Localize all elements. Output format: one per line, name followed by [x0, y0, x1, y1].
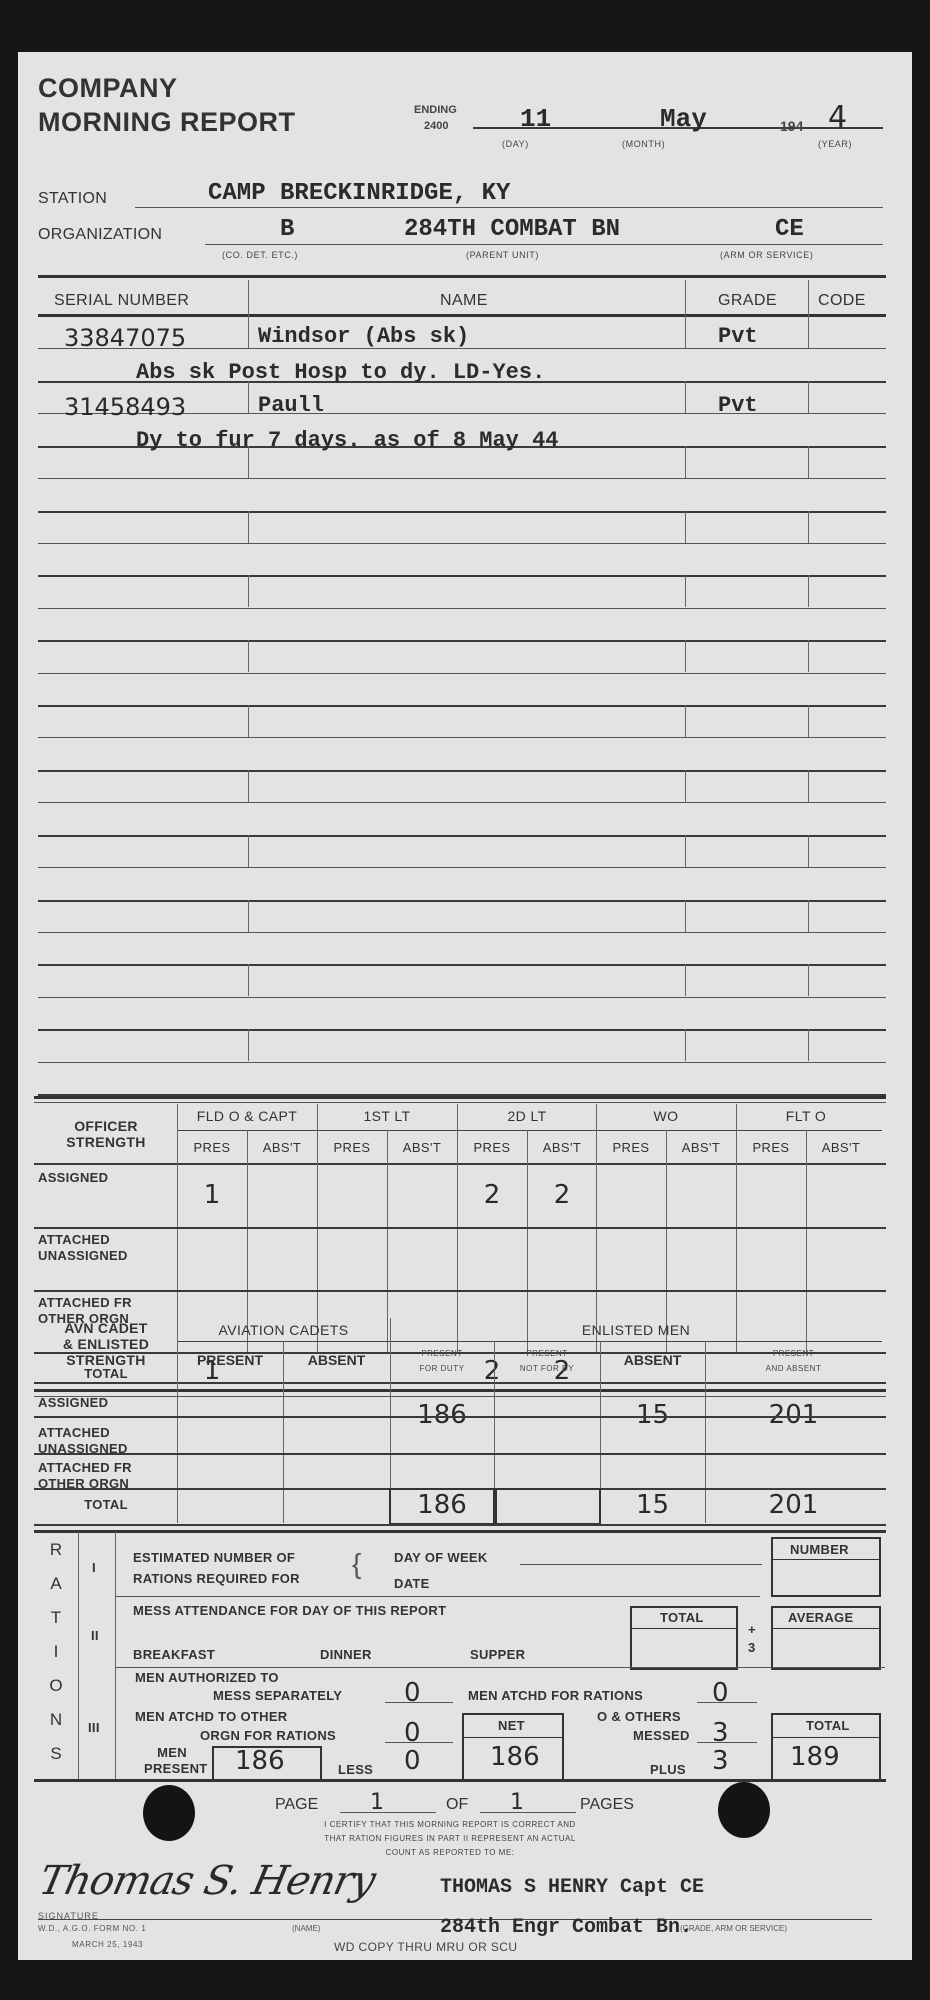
- strength-top-rule: [34, 1096, 886, 1099]
- roster-col-divider: [685, 381, 686, 413]
- roster-rule: [38, 1029, 886, 1031]
- report-day: 11: [520, 104, 551, 134]
- enlisted-col-divider: [283, 1341, 284, 1523]
- roster-col-divider: [808, 381, 809, 413]
- roster-rule: [38, 543, 886, 544]
- net-value: 186: [490, 1742, 540, 1772]
- row-label-line1: ASSIGNED: [38, 1395, 108, 1411]
- entry-2-grade: Pvt: [718, 393, 758, 418]
- part-1-bottom-rule: [115, 1596, 760, 1597]
- enlisted-subcol-text: PRESENT: [494, 1346, 600, 1361]
- year-label: (YEAR): [818, 139, 852, 149]
- rations-top-rule: [34, 1530, 886, 1533]
- officer-cell: 2: [527, 1180, 597, 1210]
- part-1-numeral: I: [92, 1560, 96, 1576]
- roster-col-divider: [808, 446, 809, 478]
- men-present-label: MEN PRESENT: [144, 1745, 200, 1777]
- roster-col-divider: [685, 446, 686, 478]
- officer-subcol: ABS'T: [247, 1140, 317, 1155]
- roster-header-divider: [248, 280, 249, 316]
- form-title-morning-report: MORNING REPORT: [38, 106, 296, 138]
- roster-header-divider: [808, 280, 809, 316]
- enlisted-subcol: PRESENT: [177, 1352, 283, 1368]
- enlisted-label-line: & ENLISTED: [38, 1336, 174, 1352]
- roster-col-divider: [248, 835, 249, 867]
- organization-parent-unit: 284TH COMBAT BN: [404, 216, 620, 243]
- col-grade: GRADE: [718, 292, 777, 310]
- day-of-week-label: DAY OF WEEK: [394, 1550, 488, 1566]
- officer-col-divider: [387, 1130, 388, 1352]
- punch-hole-left: [143, 1785, 195, 1841]
- entry-2-remark: Dy to fur 7 days. as of 8 May 44: [136, 428, 558, 453]
- roster-col-divider: [248, 640, 249, 672]
- roster-rule: [38, 640, 886, 642]
- entry-2-name: Paull: [258, 393, 324, 418]
- rations-letter: N: [46, 1710, 66, 1730]
- enlisted-subcol-text: PRESENT: [177, 1352, 283, 1368]
- roster-col-divider: [808, 511, 809, 543]
- roster-col-divider: [685, 705, 686, 737]
- rations-total-rule: [773, 1737, 879, 1738]
- roster-col-divider: [685, 770, 686, 802]
- roster-rule: [38, 932, 886, 933]
- officer-col-divider: [247, 1130, 248, 1352]
- roster-col-divider: [248, 1029, 249, 1061]
- roster-col-divider: [685, 640, 686, 672]
- enlisted-bottom-rule: [34, 1524, 886, 1526]
- form-number: W.D., A.G.O. FORM NO. 1: [38, 1924, 146, 1933]
- year-prefix: 194: [780, 118, 803, 134]
- enlisted-cell: 186: [390, 1400, 494, 1430]
- page-line: [340, 1812, 436, 1813]
- part-1-brace: {: [352, 1548, 361, 1580]
- entry-1-grade: Pvt: [718, 324, 758, 349]
- officer-cell: 1: [177, 1180, 247, 1210]
- auth-line2: MESS SEPARATELY: [213, 1688, 342, 1704]
- enlisted-cell: 15: [600, 1490, 705, 1520]
- o-others-value: 3: [712, 1718, 729, 1748]
- officer-header-rule: [34, 1163, 886, 1165]
- men-present-value: 186: [235, 1746, 285, 1776]
- roster-col-divider: [685, 316, 686, 348]
- total-present-for-duty-box: [389, 1488, 497, 1525]
- commander-signature: Thomas S. Henry: [35, 1858, 379, 1904]
- roster-col-divider: [808, 575, 809, 607]
- roster-rule: [38, 608, 886, 609]
- typed-name-grade: THOMAS S HENRY Capt CE: [440, 1876, 704, 1899]
- roster-rule: [38, 478, 886, 479]
- roster-col-divider: [248, 964, 249, 996]
- row-label-line1: ATTACHED: [38, 1232, 128, 1248]
- part-1-line1: ESTIMATED NUMBER OF: [133, 1550, 295, 1566]
- enlisted-strength-label: AVN CADET& ENLISTEDSTRENGTH: [38, 1320, 174, 1368]
- divide-by-3: 3: [748, 1640, 756, 1656]
- officer-group-4: FLT O: [736, 1108, 876, 1124]
- average-label: AVERAGE: [788, 1610, 853, 1626]
- number-label: NUMBER: [790, 1542, 849, 1558]
- month-label: (MONTH): [622, 139, 665, 149]
- of-value: 1: [510, 1790, 524, 1815]
- roster-col-divider: [808, 1029, 809, 1061]
- part-2-line1: MESS ATTENDANCE FOR DAY OF THIS REPORT: [133, 1603, 446, 1619]
- organization-label: ORGANIZATION: [38, 226, 162, 244]
- roster-rule: [38, 1062, 886, 1063]
- enlisted-subcol: PRESENTFOR DUTY: [390, 1346, 494, 1376]
- officer-subcol: PRES: [596, 1140, 666, 1155]
- roster-rule: [38, 835, 886, 837]
- roster-col-divider: [248, 381, 249, 413]
- col-name: NAME: [440, 292, 488, 310]
- col-code: CODE: [818, 292, 866, 310]
- roster-rule: [38, 964, 886, 966]
- auth-line1: MEN AUTHORIZED TO: [135, 1670, 279, 1686]
- officer-bottom-rule-thin: [34, 1396, 886, 1397]
- roster-header-divider: [685, 280, 686, 316]
- officer-strength-label: OFFICER STRENGTH: [56, 1118, 156, 1150]
- signature-label: SIGNATURE: [38, 1911, 99, 1921]
- row-label-line1: ATTACHED: [38, 1425, 128, 1441]
- enlisted-subcol: PRESENTAND ABSENT: [705, 1346, 882, 1376]
- rations-letter: T: [46, 1608, 66, 1628]
- atchd-rations-value: 0: [712, 1678, 729, 1708]
- roster-header-rule: [38, 314, 886, 317]
- dinner-label: DINNER: [320, 1647, 372, 1663]
- roster-col-divider: [685, 964, 686, 996]
- roster-col-divider: [248, 770, 249, 802]
- entry-2-serial: 31458493: [64, 393, 186, 421]
- mess-total-label: TOTAL: [660, 1610, 704, 1626]
- entry-1-remark: Abs sk Post Hosp to dy. LD-Yes.: [136, 360, 545, 385]
- roster-col-divider: [808, 770, 809, 802]
- officer-subcol: PRES: [736, 1140, 806, 1155]
- part-3-numeral: III: [88, 1720, 100, 1736]
- roster-top-rule: [38, 275, 886, 278]
- total-present-not-for-duty-box: [493, 1488, 601, 1525]
- company-label: (CO. DET. ETC.): [222, 250, 298, 260]
- supper-label: SUPPER: [470, 1647, 525, 1663]
- part-2-numeral: II: [91, 1628, 99, 1644]
- enlisted-subcol: PRESENTNOT FOR DY: [494, 1346, 600, 1376]
- officer-group-2: 2D LT: [457, 1108, 597, 1124]
- officer-subcol: ABS'T: [527, 1140, 597, 1155]
- page-label: PAGE: [275, 1796, 318, 1814]
- enlisted-cell: 15: [600, 1400, 705, 1430]
- roster-rule: [38, 802, 886, 803]
- col-serial-number: SERIAL NUMBER: [54, 292, 189, 310]
- row-label-line1: TOTAL: [38, 1366, 174, 1382]
- officer-row-rule: [34, 1290, 886, 1292]
- mess-total-rule: [632, 1628, 736, 1629]
- rations-letter: I: [46, 1642, 66, 1662]
- rations-letter: S: [46, 1744, 66, 1764]
- enlisted-subcol-text: PRESENT: [390, 1346, 494, 1361]
- o-others-line2: MESSED: [633, 1728, 690, 1744]
- atchd-rations-label: MEN ATCHD FOR RATIONS: [468, 1688, 643, 1704]
- officer-subcol: ABS'T: [387, 1140, 457, 1155]
- rations-divider-2: [115, 1532, 116, 1780]
- roster-rule: [38, 770, 886, 772]
- rations-letter: R: [46, 1540, 66, 1560]
- day-label: (DAY): [502, 139, 529, 149]
- roster-rule: [38, 997, 886, 998]
- enlisted-row-rule: [34, 1416, 886, 1418]
- roster-col-divider: [685, 511, 686, 543]
- roster-col-divider: [248, 900, 249, 932]
- roster-col-divider: [808, 640, 809, 672]
- officer-subcol: PRES: [457, 1140, 527, 1155]
- officer-col-divider: [527, 1130, 528, 1352]
- officer-subcol: PRES: [177, 1140, 247, 1155]
- plus-sign: +: [748, 1622, 756, 1638]
- officer-subcol: ABS'T: [666, 1140, 736, 1155]
- average-rule: [773, 1628, 879, 1629]
- enlisted-subcol-text: ABSENT: [600, 1352, 705, 1368]
- enlisted-row-label: ASSIGNED: [38, 1395, 108, 1411]
- enlisted-subcol-text: FOR DUTY: [390, 1361, 494, 1376]
- date-label: DATE: [394, 1576, 430, 1592]
- entry-1-serial: 33847075: [64, 324, 186, 352]
- rations-total-value: 189: [790, 1742, 840, 1772]
- officer-cell: 2: [457, 1180, 527, 1210]
- net-rule: [464, 1737, 562, 1738]
- enlisted-subcol: ABSENT: [283, 1352, 390, 1368]
- men-present-line1: MEN: [144, 1745, 200, 1761]
- roster-rule: [38, 737, 886, 738]
- plus-value: 3: [712, 1746, 729, 1776]
- less-value: 0: [404, 1746, 421, 1776]
- ending-label: ENDING: [414, 104, 457, 116]
- other-line2: ORGN FOR RATIONS: [200, 1728, 336, 1744]
- roster-col-divider: [685, 1029, 686, 1061]
- row-label-line1: ASSIGNED: [38, 1170, 108, 1186]
- enlisted-label-line: STRENGTH: [38, 1352, 174, 1368]
- enlisted-row-rule: [34, 1453, 886, 1455]
- officer-row-label: ATTACHEDUNASSIGNED: [38, 1232, 128, 1264]
- roster-col-divider: [248, 316, 249, 348]
- roster-rule: [38, 900, 886, 902]
- routing-note: WD COPY THRU MRU OR SCU: [334, 1940, 517, 1954]
- organization-company: B: [280, 216, 294, 243]
- enlisted-cell: 201: [705, 1490, 882, 1520]
- roster-col-divider: [685, 575, 686, 607]
- organization-arm: CE: [775, 216, 804, 243]
- part-1-line2: RATIONS REQUIRED FOR: [133, 1571, 300, 1587]
- cert-line2: THAT RATION FIGURES IN PART II REPRESENT…: [240, 1832, 660, 1846]
- entry-1-name: Windsor (Abs sk): [258, 324, 469, 349]
- certification-text: I CERTIFY THAT THIS MORNING REPORT IS CO…: [240, 1818, 660, 1860]
- enlisted-subcol: ABSENT: [600, 1352, 705, 1368]
- parent-unit-label: (PARENT UNIT): [466, 250, 539, 260]
- report-month: May: [660, 104, 707, 134]
- roster-col-divider: [248, 705, 249, 737]
- rations-letter: O: [46, 1676, 66, 1696]
- enlisted-subcol-text: PRESENT: [705, 1346, 882, 1361]
- roster-rule: [38, 575, 886, 577]
- roster-col-divider: [685, 835, 686, 867]
- form-title-company: COMPANY: [38, 72, 178, 104]
- name-label: (NAME): [292, 1924, 320, 1933]
- roster-col-divider: [248, 511, 249, 543]
- officer-group-1: 1ST LT: [317, 1108, 457, 1124]
- roster-col-divider: [808, 705, 809, 737]
- plus-label: PLUS: [650, 1762, 686, 1778]
- station-value: CAMP BRECKINRIDGE, KY: [208, 180, 510, 207]
- enlisted-header-rule: [34, 1382, 886, 1384]
- roster-rule: [38, 867, 886, 868]
- grade-label: (GRADE, ARM OR SERVICE): [680, 1924, 787, 1933]
- rations-letter: A: [46, 1574, 66, 1594]
- officer-bottom-rule: [34, 1389, 886, 1392]
- officer-strength-line2: STRENGTH: [56, 1134, 156, 1150]
- day-of-week-line: [520, 1564, 762, 1565]
- o-others-line1: O & OTHERS: [597, 1709, 681, 1725]
- officer-group-rule: [177, 1130, 882, 1131]
- officer-group-3: WO: [596, 1108, 736, 1124]
- auth-value: 0: [404, 1678, 421, 1708]
- men-present-line2: PRESENT: [144, 1761, 200, 1777]
- officer-group-0: FLD O & CAPT: [177, 1108, 317, 1124]
- enlisted-subcol-text: AND ABSENT: [705, 1361, 882, 1376]
- row-label-line2: UNASSIGNED: [38, 1248, 128, 1264]
- rations-bottom-rule: [34, 1779, 886, 1782]
- number-box-rule: [773, 1559, 879, 1560]
- station-line: [135, 207, 883, 208]
- station-label: STATION: [38, 190, 107, 208]
- officer-col-divider: [666, 1130, 667, 1352]
- roster-col-divider: [685, 900, 686, 932]
- row-label-line1: TOTAL: [38, 1497, 174, 1513]
- officer-col-divider: [806, 1130, 807, 1352]
- rations-divider-1: [78, 1532, 79, 1780]
- roster-col-divider: [248, 575, 249, 607]
- roster-col-divider: [808, 835, 809, 867]
- officer-strength-line1: OFFICER: [56, 1118, 156, 1134]
- less-label: LESS: [338, 1762, 373, 1778]
- officer-subcol: PRES: [317, 1140, 387, 1155]
- roster-rule: [38, 673, 886, 674]
- other-value: 0: [404, 1718, 421, 1748]
- enlisted-cell: 201: [705, 1400, 882, 1430]
- report-year-digit: 4: [828, 100, 847, 135]
- form-date: MARCH 25, 1943: [72, 1940, 143, 1949]
- cert-line1: I CERTIFY THAT THIS MORNING REPORT IS CO…: [240, 1818, 660, 1832]
- officer-row-rule: [34, 1227, 886, 1229]
- roster-col-divider: [808, 964, 809, 996]
- row-label-line1: ATTACHED FR: [38, 1295, 132, 1311]
- enlisted-subcol-text: NOT FOR DY: [494, 1361, 600, 1376]
- pages-label: PAGES: [580, 1796, 634, 1814]
- roster-col-divider: [808, 316, 809, 348]
- aviation-cadets-header: AVIATION CADETS: [177, 1322, 390, 1338]
- part-2-bottom-rule: [115, 1667, 885, 1668]
- breakfast-label: BREAKFAST: [133, 1647, 215, 1663]
- enlisted-row-label: TOTAL: [38, 1497, 174, 1513]
- arm-label: (ARM OR SERVICE): [720, 250, 813, 260]
- other-line1: MEN ATCHD TO OTHER: [135, 1709, 288, 1725]
- row-label-line1: ATTACHED FR: [38, 1460, 132, 1476]
- officer-row-label: ASSIGNED: [38, 1170, 108, 1186]
- of-line: [480, 1812, 576, 1813]
- rations-total-label: TOTAL: [806, 1718, 850, 1734]
- enlisted-subcol-text: ABSENT: [283, 1352, 390, 1368]
- officer-row-label: TOTAL: [38, 1366, 174, 1382]
- punch-hole-right: [718, 1782, 770, 1838]
- page-value: 1: [370, 1790, 384, 1815]
- strength-top-rule-thin: [34, 1102, 886, 1103]
- typed-unit: 284th Engr Combat Bn.: [440, 1916, 692, 1939]
- officer-subcol: ABS'T: [806, 1140, 876, 1155]
- roster-rule: [38, 705, 886, 707]
- enlisted-label-line: AVN CADET: [38, 1320, 174, 1336]
- enlisted-men-header: ENLISTED MEN: [390, 1322, 882, 1338]
- ending-time: 2400: [424, 120, 448, 132]
- organization-line: [205, 244, 883, 245]
- of-label: OF: [446, 1796, 468, 1814]
- net-label: NET: [498, 1718, 525, 1734]
- enlisted-col-divider: [177, 1318, 178, 1523]
- roster-rule: [38, 511, 886, 513]
- roster-col-divider: [808, 900, 809, 932]
